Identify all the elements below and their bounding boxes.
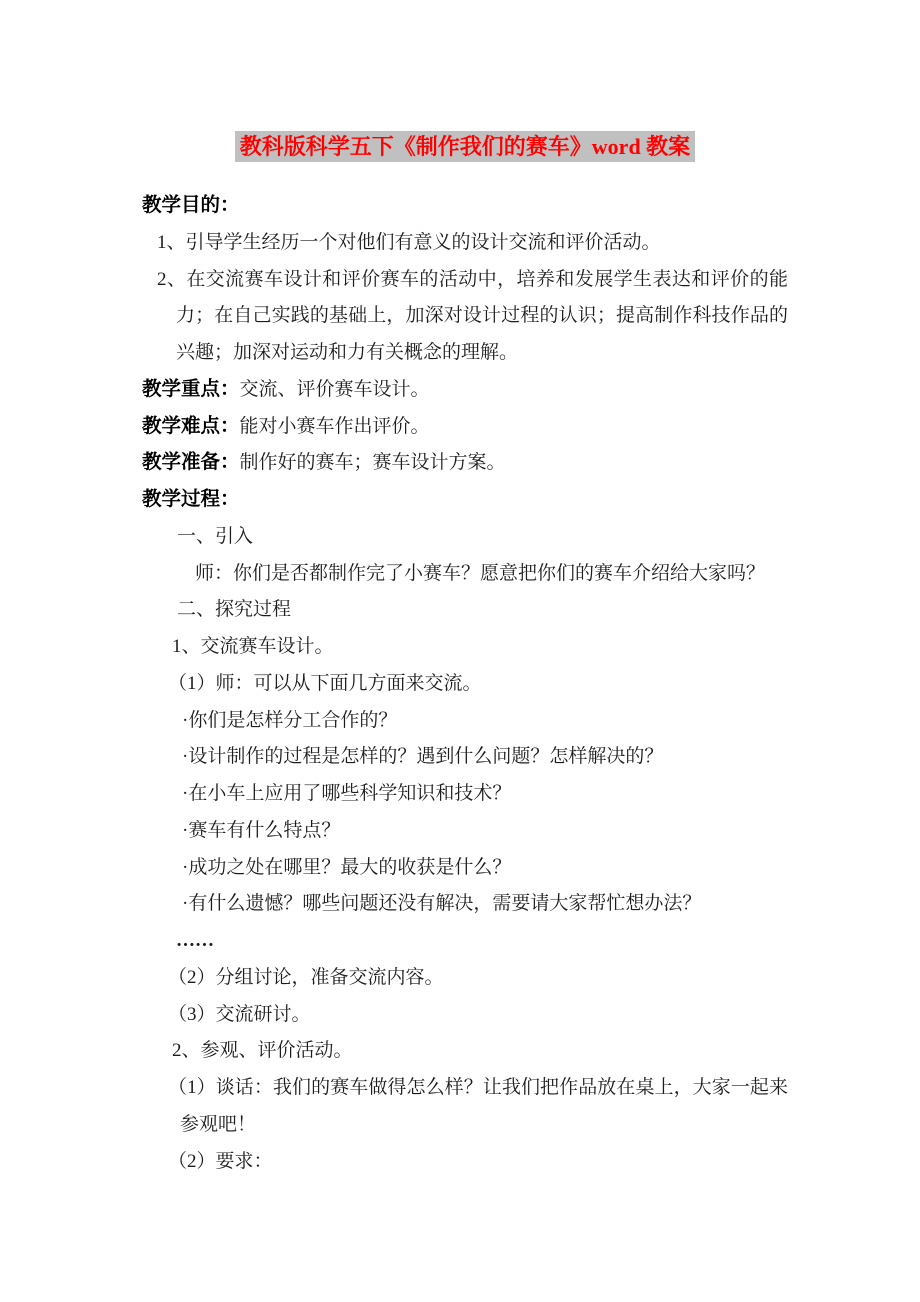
bullet-science-knowledge: ·在小车上应用了哪些科学知识和技术？ [142,776,788,813]
teaching-difficulty: 教学难点：能对小赛车作出评价。 [142,409,788,446]
document-page: 教科版科学五下《制作我们的赛车》word 教案 教学目的： 1、引导学生经历一个… [0,0,920,1302]
bullet-success-harvest: ·成功之处在哪里？最大的收获是什么？ [142,850,788,887]
section-1-intro: 一、引入 [142,519,788,556]
teaching-difficulty-text: 能对小赛车作出评价。 [240,416,430,437]
ellipsis-line: …… [142,923,788,960]
teaching-key-point: 教学重点：交流、评价赛车设计。 [142,372,788,409]
document-body: 教科版科学五下《制作我们的赛车》word 教案 教学目的： 1、引导学生经历一个… [142,130,788,1180]
item-2-requirements: （2）要求： [142,1144,788,1181]
teaching-goals-heading: 教学目的： [142,188,788,225]
step-2-visit-evaluate: 2、参观、评价活动。 [142,1033,788,1070]
teaching-process-heading: 教学过程： [142,482,788,519]
goal-item-2: 2、在交流赛车设计和评价赛车的活动中，培养和发展学生表达和评价的能力；在自己实践… [142,262,788,372]
teaching-process-label: 教学过程： [142,489,240,510]
section-2-inquiry: 二、探究过程 [142,592,788,629]
teacher-dialog-intro: 师：你们是否都制作完了小赛车？愿意把你们的赛车介绍给大家吗？ [142,556,788,593]
bullet-regrets-problems: ·有什么遗憾？哪些问题还没有解决，需要请大家帮忙想办法？ [142,886,788,923]
bullet-design-process: ·设计制作的过程是怎样的？遇到什么问题？怎样解决的？ [142,739,788,776]
goal-item-1: 1、引导学生经历一个对他们有意义的设计交流和评价活动。 [142,225,788,262]
item-1-teacher-prompt: （1）师：可以从下面几方面来交流。 [142,666,788,703]
item-3-exchange-discussion: （3）交流研讨。 [142,997,788,1034]
teaching-preparation-label: 教学准备： [142,452,240,473]
bullet-car-features: ·赛车有什么特点？ [142,813,788,850]
bullet-division-of-labor: ·你们是怎样分工合作的？ [142,703,788,740]
step-1-share-design: 1、交流赛车设计。 [142,629,788,666]
item-2-group-discussion: （2）分组讨论，准备交流内容。 [142,960,788,997]
teaching-goals-label: 教学目的： [142,195,240,216]
teaching-key-point-text: 交流、评价赛车设计。 [240,379,430,400]
item-1-talk-visit: （1）谈话：我们的赛车做得怎么样？让我们把作品放在桌上，大家一起来参观吧！ [142,1070,788,1144]
teaching-preparation: 教学准备：制作好的赛车；赛车设计方案。 [142,445,788,482]
document-title-row: 教科版科学五下《制作我们的赛车》word 教案 [142,130,788,166]
teaching-preparation-text: 制作好的赛车；赛车设计方案。 [240,452,506,473]
teaching-key-point-label: 教学重点： [142,379,240,400]
document-title: 教科版科学五下《制作我们的赛车》word 教案 [235,131,695,162]
teaching-difficulty-label: 教学难点： [142,416,240,437]
